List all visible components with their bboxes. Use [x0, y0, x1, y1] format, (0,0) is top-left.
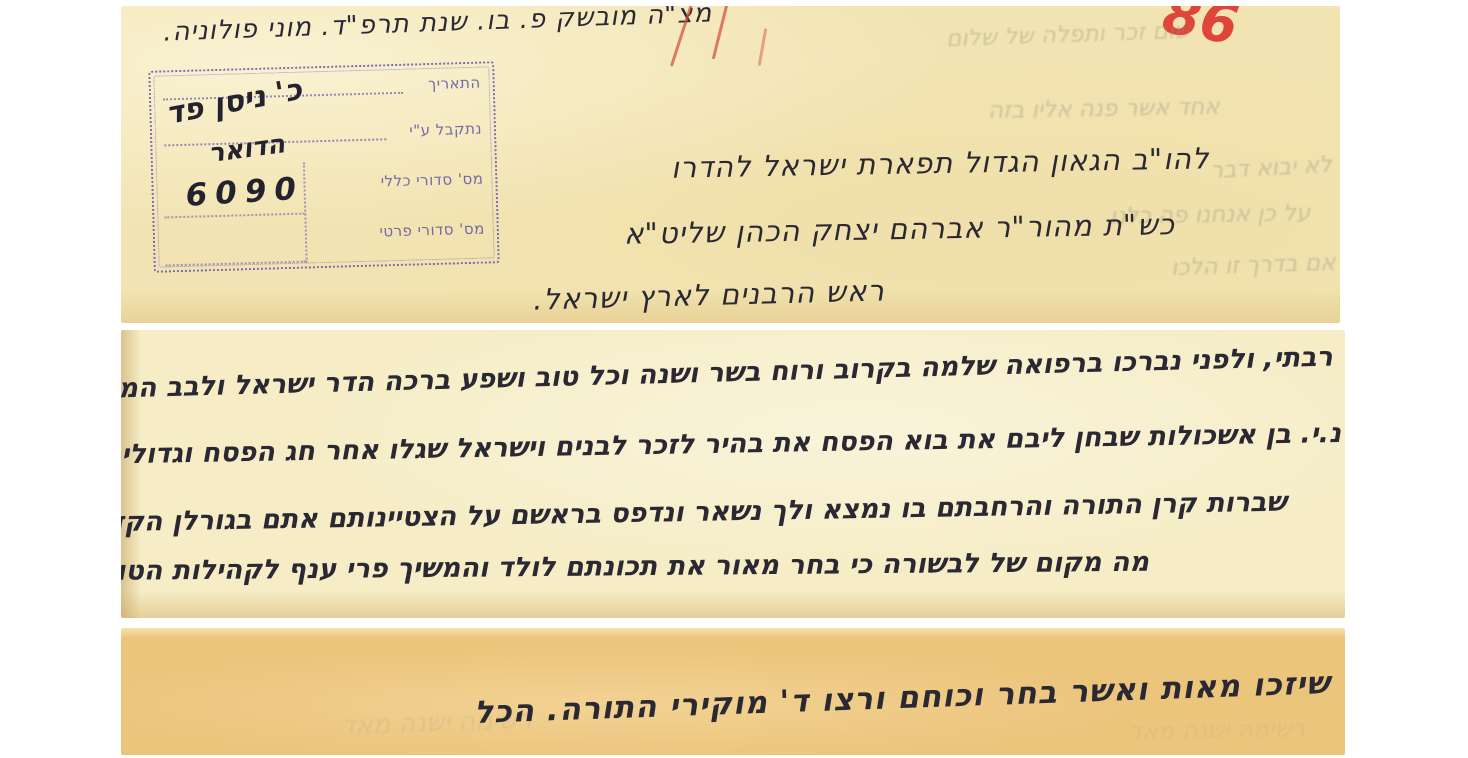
paper-strip-top: מצ"ה מובשק פ. בו. שנת תרפ"ד. מוני פולוני…	[121, 6, 1340, 323]
address-line: כש"ת מהור"ר אברהם יצחק הכהן שליט"א	[624, 207, 1176, 251]
stamp-field-value: 6090	[185, 171, 305, 214]
stamp-field-label: מס' סדורי כללי	[380, 170, 483, 191]
ghost-text: כי אם בדרך זו הלכו	[1170, 249, 1340, 282]
ghost-text: רשימה ישנה מאד	[1129, 714, 1306, 745]
address-line: ראש הרבנים לארץ ישראל.	[533, 273, 886, 316]
paper-strip-bottom: רשימה ישנה מאד רשימה ישנה מאד שיזכו מאות…	[121, 628, 1345, 755]
ghost-text: אם לא יבוא דבר	[1209, 150, 1340, 184]
letter-line: שברות קרן התורה והרחבתם בו נמצא ולך נשאר…	[121, 487, 1287, 541]
red-crayon-stroke	[712, 6, 729, 59]
letter-line: רבתי, ולפני נברכו ברפואה שלמה בקרוב ורוח…	[121, 342, 1333, 406]
letter-line: נ.י. בן אשכולות שבחן ליבם את בוא הפסח את…	[121, 418, 1341, 473]
scanned-document: מצ"ה מובשק פ. בו. שנת תרפ"ד. מוני פולוני…	[0, 0, 1468, 758]
ghost-text: שום זכר ותפלה של שלום	[945, 18, 1190, 53]
red-crayon-stroke	[758, 28, 768, 66]
stamp-field-label: התאריך	[428, 74, 481, 93]
header-annotation: מצ"ה מובשק פ. בו. שנת תרפ"ד. מוני פולוני…	[163, 6, 713, 48]
letter-line: מה מקום של לבשורה כי בחר מאור את תכונתם …	[121, 547, 1149, 589]
stamp-field-label: מס' סדורי פרטי	[379, 220, 485, 241]
address-line: להו"ב הגאון הגדול תפארת ישראל להדרו	[671, 141, 1210, 184]
ghost-text: אחד אשר פנה אליו בזה	[988, 94, 1220, 124]
stamp-field-label: נתקבל ע"י	[409, 120, 482, 140]
archive-stamp: התאריך נתקבל ע"י מס' סדורי כללי מס' סדור…	[148, 61, 500, 273]
paper-strip-middle: רבתי, ולפני נברכו ברפואה שלמה בקרוב ורוח…	[121, 330, 1345, 618]
